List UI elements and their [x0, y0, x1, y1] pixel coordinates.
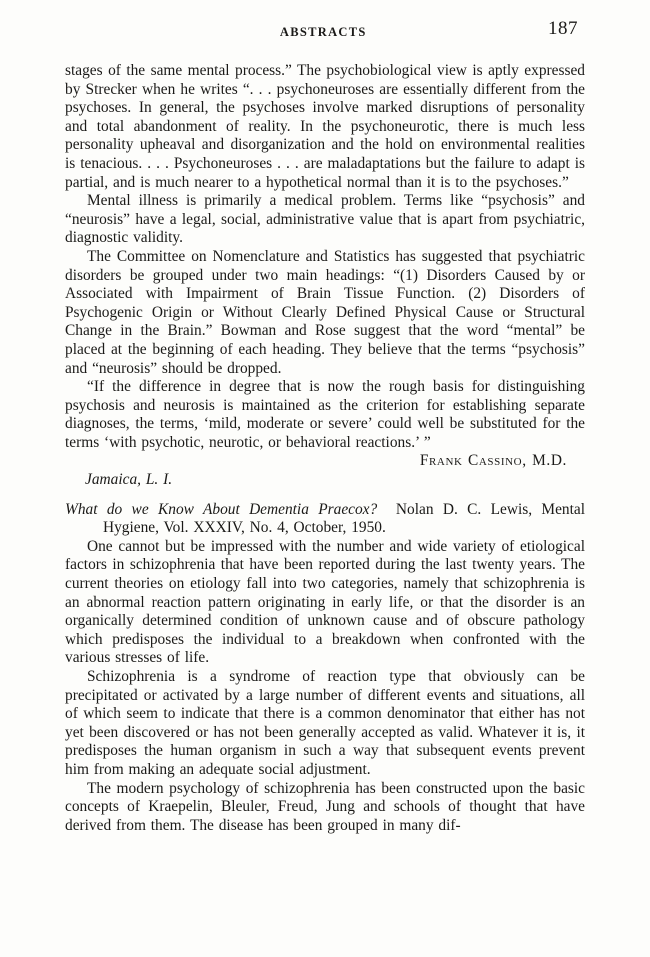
page-number: 187	[548, 18, 578, 40]
journal-page: ABSTRACTS 187 stages of the same mental …	[0, 0, 650, 957]
page-header: ABSTRACTS 187	[65, 22, 585, 42]
paragraph: Mental illness is primarily a medical pr…	[65, 192, 585, 248]
abstract-cassino: stages of the same mental process.” The …	[65, 62, 585, 490]
paragraph: The modern psychology of schizophrenia h…	[65, 780, 585, 836]
author-signature: Frank Cassino, M.D.	[65, 452, 585, 471]
paragraph-continued: stages of the same mental process.” The …	[65, 62, 585, 192]
abstract-lewis: What do we Know About Dementia Praecox? …	[65, 501, 585, 836]
running-head: ABSTRACTS	[280, 25, 367, 40]
paragraph: The Committee on Nomenclature and Statis…	[65, 248, 585, 378]
paragraph: “If the difference in degree that is now…	[65, 378, 585, 452]
paragraph: Schizophrenia is a syndrome of reaction …	[65, 668, 585, 780]
author-location: Jamaica, L. I.	[65, 471, 585, 490]
abstract-heading: What do we Know About Dementia Praecox? …	[65, 501, 585, 538]
page-body: stages of the same mental process.” The …	[65, 62, 585, 835]
abstract-title: What do we Know About Dementia Praecox?	[65, 501, 377, 518]
paragraph: One cannot but be impressed with the num…	[65, 538, 585, 668]
